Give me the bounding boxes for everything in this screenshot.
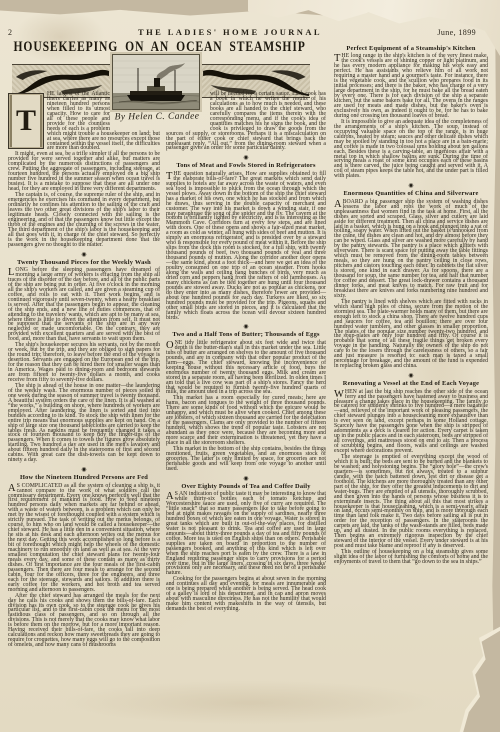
body-paragraph: THE long range in the ship's kitchen is … <box>334 54 488 118</box>
body-paragraph: The captain is, of course, the supreme r… <box>8 193 160 247</box>
drop-initial: W <box>334 390 345 399</box>
body-paragraph: After the chief steward has arranged the… <box>8 594 160 648</box>
body-paragraph: LONG before the sleeping passengers have… <box>8 268 160 342</box>
body-paragraph: The pantry is lined with shelves which a… <box>334 300 488 369</box>
drop-initial: T <box>166 172 173 181</box>
section-heading: Enormous Quantities of China and Silverw… <box>338 192 484 197</box>
section-heading: Over Eighty Pounds of Tea and Coffee Dai… <box>170 485 322 490</box>
body-paragraph: ONE tidy little refrigerator about six f… <box>166 341 326 395</box>
body-paragraph: The steerage is emptied of everything ex… <box>334 455 488 549</box>
drop-cap-letter: T <box>16 106 36 136</box>
printer-ornament-icon: ◉ <box>334 373 488 379</box>
printer-ornament-icon: ◉ <box>8 252 160 258</box>
body-paragraph: WHEN at last the big ship reaches the ot… <box>334 390 488 454</box>
scanned-page-photo: 2 THE LADIES' HOME JOURNAL June, 1899 HO… <box>0 0 500 732</box>
body-paragraph: AS COMPLICATED as all the system of clea… <box>8 484 160 593</box>
magazine-page: 2 THE LADIES' HOME JOURNAL June, 1899 HO… <box>0 0 500 732</box>
ornamental-drop-cap: T <box>8 93 44 149</box>
body-paragraph: Cooking for the passengers begins at abo… <box>166 577 326 612</box>
byline: By Helen C. Candee <box>92 111 222 122</box>
drop-initial: O <box>166 341 175 350</box>
section-heading: Two and a Half Tons of Butter; Thousands… <box>170 333 322 338</box>
printer-ornament-icon: ◉ <box>334 183 488 189</box>
section-heading: Tons of Meat and Fowls Stored in Refrige… <box>170 164 322 169</box>
text-column-1: THE largest of the Atlantic liners carri… <box>8 92 160 649</box>
steamship-illustration <box>112 54 200 110</box>
text-column-3: Perfect Equipment of a Steamship's Kitch… <box>334 44 488 566</box>
page-header: 2 THE LADIES' HOME JOURNAL June, 1899 <box>8 27 492 38</box>
section-heading: Twenty Thousand Pieces for the Weekly Wa… <box>12 261 156 266</box>
body-paragraph: This market in the bottom of the ship co… <box>166 447 326 472</box>
section-heading: Perfect Equipment of a Steamship's Kitch… <box>338 47 484 52</box>
drop-initial: A <box>334 200 343 209</box>
body-paragraph: THE question naturally arises, How are s… <box>166 172 326 321</box>
drop-initial: L <box>8 268 15 277</box>
drop-initial: T <box>334 54 341 63</box>
journal-title: THE LADIES' HOME JOURNAL <box>8 27 452 37</box>
body-paragraph: The ship's housekeeper secures his serva… <box>8 343 160 383</box>
printer-ornament-icon: ◉ <box>166 476 326 482</box>
body-paragraph: This market has a room especially for cu… <box>166 396 326 446</box>
printer-ornament-icon: ◉ <box>166 324 326 330</box>
drop-initial: A <box>166 492 175 501</box>
steamship-at-sea-icon <box>113 55 199 109</box>
section-heading: Renovating a Vessel at the End of Each V… <box>338 382 484 387</box>
drop-initial: A <box>8 484 17 493</box>
body-paragraph: It is impossible to give an adequate ide… <box>334 120 488 179</box>
printer-ornament-icon: ◉ <box>8 467 160 473</box>
body-paragraph: ABOARD a big passenger ship the system o… <box>334 200 488 299</box>
text-column-2: will be needed for a certain sauce. Each… <box>166 92 326 613</box>
section-heading: How the Nineteen Hundred Persons are Fed <box>12 476 156 481</box>
body-paragraph: It might, even at sea, be a trifle simpl… <box>8 152 160 192</box>
issue-date: June, 1899 <box>437 28 476 37</box>
printer-ornament-icon: ◉ <box>166 155 326 161</box>
body-paragraph: AS AN indication of public taste it may … <box>166 492 326 576</box>
body-paragraph: The ship is ahead of the house in one ma… <box>8 384 160 463</box>
body-paragraph: This outline of housekeeping on a big st… <box>334 550 488 565</box>
